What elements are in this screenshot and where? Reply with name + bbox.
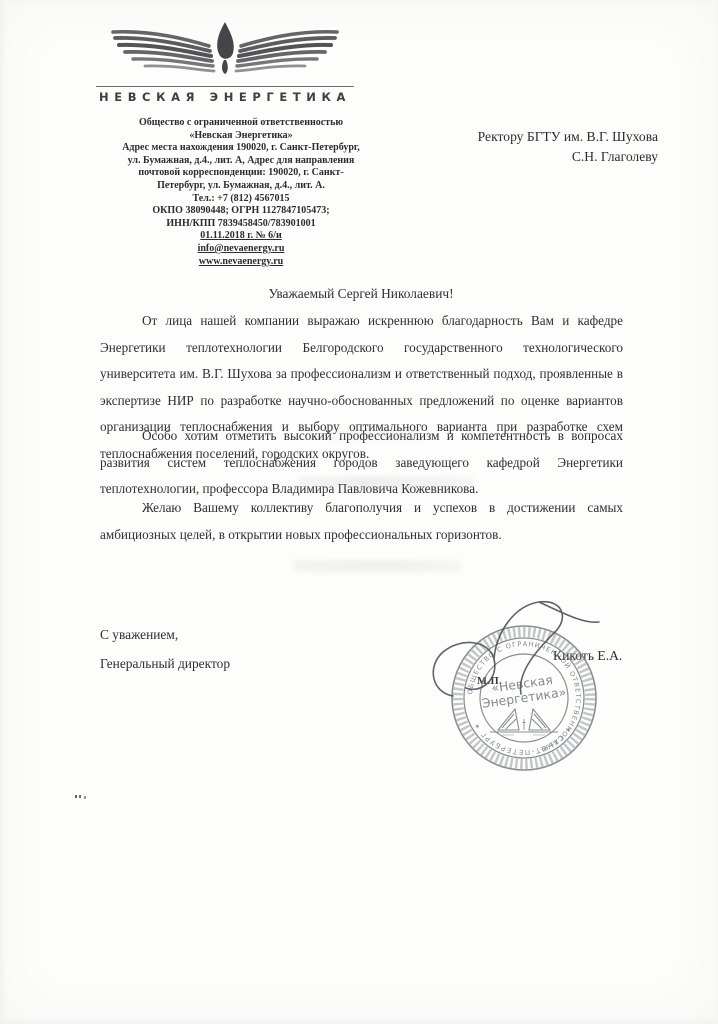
letterhead-line: Петербург, ул. Бумажная, д.4., лит. А. bbox=[93, 180, 389, 193]
salutation: Уважаемый Сергей Николаевич! bbox=[100, 286, 622, 302]
letterhead-line: ОКПО 38090448; ОГРН 1127847105473; bbox=[93, 205, 389, 218]
letterhead-line: почтовой корреспонденции: 190020, г. Сан… bbox=[93, 167, 389, 180]
letterhead-line: «Невская Энергетика» bbox=[93, 130, 389, 143]
website-text: www.nevaenergy.ru bbox=[93, 256, 389, 269]
letterhead-line: ИНН/КПП 7839458450/783901001 bbox=[93, 218, 389, 231]
letterhead-line: ул. Бумажная, д.4., лит. А, Адрес для на… bbox=[93, 155, 389, 168]
wings-flame-icon bbox=[105, 20, 345, 84]
letterhead-line: Общество с ограниченной ответственностью bbox=[93, 117, 389, 130]
recipient-block: Ректору БГТУ им. В.Г. Шухова С.Н. Глагол… bbox=[398, 127, 658, 166]
logo-divider bbox=[96, 86, 354, 87]
email-text: info@nevaenergy.ru bbox=[93, 243, 389, 256]
ink-bleedthrough-artifact bbox=[293, 560, 461, 572]
closing-regards: С уважением, bbox=[100, 627, 178, 643]
logo-caption: НЕВСКАЯ ЭНЕРГЕТИКА bbox=[92, 90, 358, 104]
reference-number: 01.11.2018 г. № 6/и bbox=[93, 230, 389, 243]
signature-stroke-icon bbox=[423, 596, 615, 716]
recipient-line: С.Н. Глаголеву bbox=[398, 147, 658, 167]
ink-bleedthrough-artifact bbox=[330, 430, 420, 440]
flame-icon bbox=[217, 22, 234, 74]
ink-bleedthrough-artifact bbox=[298, 477, 473, 489]
signer-title: Генеральный директор bbox=[100, 656, 230, 672]
recipient-line: Ректору БГТУ им. В.Г. Шухова bbox=[398, 127, 658, 147]
letterhead-line: Тел.: +7 (812) 4567015 bbox=[93, 193, 389, 206]
letterhead-block: Общество с ограниченной ответственностью… bbox=[93, 117, 389, 268]
scanned-letter-page: НЕВСКАЯ ЭНЕРГЕТИКА Общество с ограниченн… bbox=[0, 0, 718, 1024]
scan-speck-artifact bbox=[75, 795, 77, 798]
letterhead-line: Адрес места нахождения 190020, г. Санкт-… bbox=[93, 142, 389, 155]
signature bbox=[423, 596, 615, 716]
company-logo: НЕВСКАЯ ЭНЕРГЕТИКА bbox=[92, 20, 358, 104]
body-paragraph: Желаю Вашему коллективу благополучия и у… bbox=[100, 495, 623, 548]
